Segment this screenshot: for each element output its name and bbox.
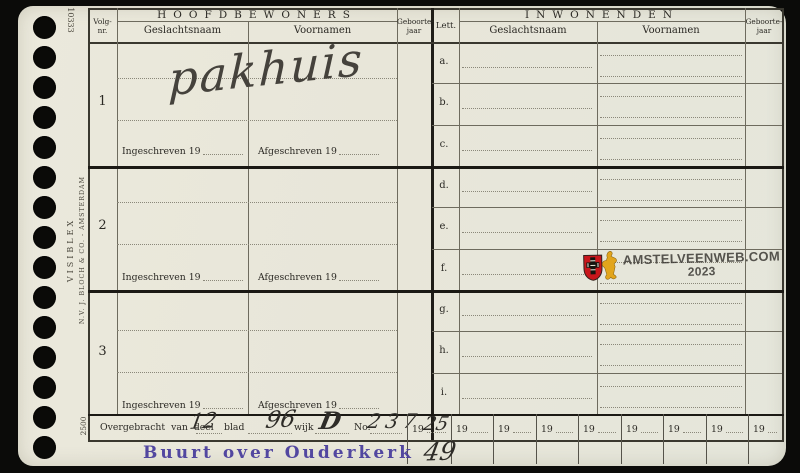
year-prefix: 19 [668, 424, 680, 435]
row-letter: h. [433, 345, 455, 356]
column-header-geboortejaar-right: Geboorte- jaar [745, 18, 783, 35]
row-letter: a. [433, 56, 455, 67]
dotted-rule [600, 76, 742, 77]
column-header-volgnr: Volg- nr. [88, 18, 117, 35]
block-number: 2 [88, 218, 117, 233]
year-cell: 19 [663, 417, 706, 439]
year-prefix: 19 [711, 424, 723, 435]
dotted-rule [462, 108, 592, 109]
year-prefix: 19 [753, 424, 765, 435]
grid-line [397, 8, 398, 414]
dotted-rule [600, 96, 742, 97]
grid-line [782, 8, 784, 440]
row-letter: i. [433, 387, 455, 398]
punch-hole [33, 226, 56, 249]
grid-line [88, 166, 784, 169]
registration-card: 10333 VISIBLEX N.V. J. BLOCH & CO. - AMS… [18, 6, 786, 466]
dotted-rule [462, 232, 592, 233]
punch-hole [33, 286, 56, 309]
year-cell: 19 [493, 417, 536, 439]
grid-line [663, 414, 664, 464]
handwritten-wijk: D [317, 406, 344, 435]
punch-hole [33, 46, 56, 69]
section-title-hoofdbewoners: HOOFDBEWONERS [117, 9, 397, 21]
column-header-geboortejaar-left: Geboorte- jaar [397, 18, 431, 35]
punch-hole [33, 346, 56, 369]
dotted-rule [600, 117, 742, 118]
punch-hole [33, 256, 56, 279]
transfer-label-blad: blad [224, 422, 244, 433]
column-header-volgnr-bottom: nr. [98, 26, 108, 35]
dotted-rule [726, 432, 743, 433]
punch-hole [33, 316, 56, 339]
year-cell: 19 [706, 417, 748, 439]
transfer-label-wijk: wijk [294, 422, 313, 433]
dotted-rule [600, 159, 742, 160]
dotted-rule [598, 432, 616, 433]
punch-hole [33, 406, 56, 429]
label-text: Ingeschreven 19 [122, 146, 201, 157]
dotted-rule [203, 280, 243, 281]
dotted-rule [768, 432, 777, 433]
district-stamp: Buurt over Ouderkerk [143, 443, 414, 463]
dotted-rule [513, 432, 531, 433]
dotted-rule [462, 150, 592, 151]
dotted-rule [600, 365, 742, 366]
row-letter: b. [433, 97, 455, 108]
dotted-rule [600, 303, 742, 304]
dotted-rule [462, 191, 592, 192]
year-cell: 19 [578, 417, 621, 439]
year-prefix: 19 [583, 424, 595, 435]
label-text: Afgeschreven 19 [258, 272, 337, 283]
label-text: Ingeschreven 19 [122, 400, 201, 411]
ingeschreven-label: Ingeschreven 19 [122, 272, 243, 283]
grid-line [459, 21, 745, 22]
grid-line [536, 414, 537, 464]
dotted-rule [203, 154, 243, 155]
punch-hole [33, 166, 56, 189]
dotted-rule [600, 179, 742, 180]
dotted-rule [600, 220, 742, 221]
dotted-rule [600, 386, 742, 387]
section-title-inwonenden: INWONENDEN [459, 9, 745, 21]
column-header-voornamen-right: Voornamen [597, 25, 745, 36]
dotted-rule [339, 154, 379, 155]
punch-hole [33, 376, 56, 399]
dotted-rule [683, 432, 701, 433]
row-letter: e. [433, 221, 455, 232]
dotted-rule [339, 280, 379, 281]
dotted-rule [117, 244, 397, 245]
dotted-rule [600, 55, 742, 56]
dotted-rule [600, 138, 742, 139]
grid-line [459, 8, 460, 414]
dotted-rule [370, 433, 402, 434]
punch-hole [33, 196, 56, 219]
grid-line [493, 414, 494, 464]
dotted-rule [462, 315, 592, 316]
year-prefix: 19 [541, 424, 553, 435]
handwritten-house-number: 49 [421, 436, 458, 466]
year-prefix: 19 [498, 424, 510, 435]
grid-line [706, 414, 707, 464]
column-header-geslachtsnaam-right: Geslachtsnaam [459, 25, 597, 36]
afgeschreven-label: Afgeschreven 19 [258, 146, 379, 157]
watermark: AMSTELVEENWEB.COM 2023 [583, 249, 781, 286]
grid-line [432, 207, 782, 208]
row-letter: f. [433, 263, 455, 274]
dotted-rule [462, 67, 592, 68]
column-header-voornamen-left: Voornamen [248, 25, 397, 36]
grid-line [578, 414, 579, 464]
ingeschreven-label: Ingeschreven 19 [122, 146, 243, 157]
punch-hole [33, 136, 56, 159]
brand-name: VISIBLEX [64, 190, 76, 310]
dotted-rule [641, 432, 658, 433]
row-letter: d. [433, 180, 455, 191]
lion-icon [600, 250, 620, 286]
column-header-lett: Lett. [433, 22, 459, 31]
row-letter: c. [433, 139, 455, 150]
year-prefix: 19 [626, 424, 638, 435]
grid-line [621, 414, 622, 464]
watermark-text: AMSTELVEENWEB.COM 2023 [623, 249, 781, 280]
ingeschreven-label: Ingeschreven 19 [122, 400, 243, 411]
afgeschreven-label: Afgeschreven 19 [258, 272, 379, 283]
dotted-rule [600, 241, 742, 242]
dotted-rule [117, 372, 397, 373]
label-text: Afgeschreven 19 [258, 146, 337, 157]
geboortejaar-bottom: jaar [757, 26, 771, 35]
dotted-rule [600, 324, 742, 325]
grid-line [597, 21, 598, 414]
grid-line [432, 125, 782, 126]
brand-subtitle: N.V. J. BLOCH & CO. - AMSTERDAM [76, 190, 88, 310]
dotted-rule [600, 200, 742, 201]
dotted-rule [117, 330, 397, 331]
dotted-rule [117, 120, 397, 121]
row-letter: g. [433, 304, 455, 315]
year-prefix: 19 [456, 424, 468, 435]
form-number: 10333 [53, 2, 89, 38]
column-header-geslachtsnaam-left: Geslachtsnaam [117, 25, 248, 36]
dotted-rule [600, 407, 742, 408]
grid-line [748, 414, 749, 464]
punch-hole [33, 436, 56, 459]
geboortejaar-bottom: jaar [407, 26, 421, 35]
year-cell: 19 [536, 417, 578, 439]
grid-line [88, 42, 784, 44]
block-number: 3 [88, 344, 117, 359]
dotted-rule [462, 398, 592, 399]
grid-line [88, 290, 784, 293]
grid-line [432, 373, 782, 374]
year-cell: 19 [748, 417, 782, 439]
grid-line [432, 83, 782, 84]
punch-hole [33, 106, 56, 129]
dotted-rule [117, 202, 397, 203]
grid-line [432, 331, 782, 332]
dotted-rule [462, 356, 592, 357]
dotted-rule [462, 274, 592, 275]
year-cell: 19 [621, 417, 663, 439]
dotted-rule [556, 432, 573, 433]
grid-line [745, 8, 746, 414]
grid-line [117, 8, 118, 414]
dotted-rule [471, 432, 488, 433]
punch-hole [33, 76, 56, 99]
handwritten-deel: 12 [188, 408, 219, 434]
grid-line [117, 21, 397, 22]
label-text: Ingeschreven 19 [122, 272, 201, 283]
handwritten-blad: 96 [263, 406, 297, 434]
dotted-rule [600, 344, 742, 345]
block-number: 1 [88, 94, 117, 109]
